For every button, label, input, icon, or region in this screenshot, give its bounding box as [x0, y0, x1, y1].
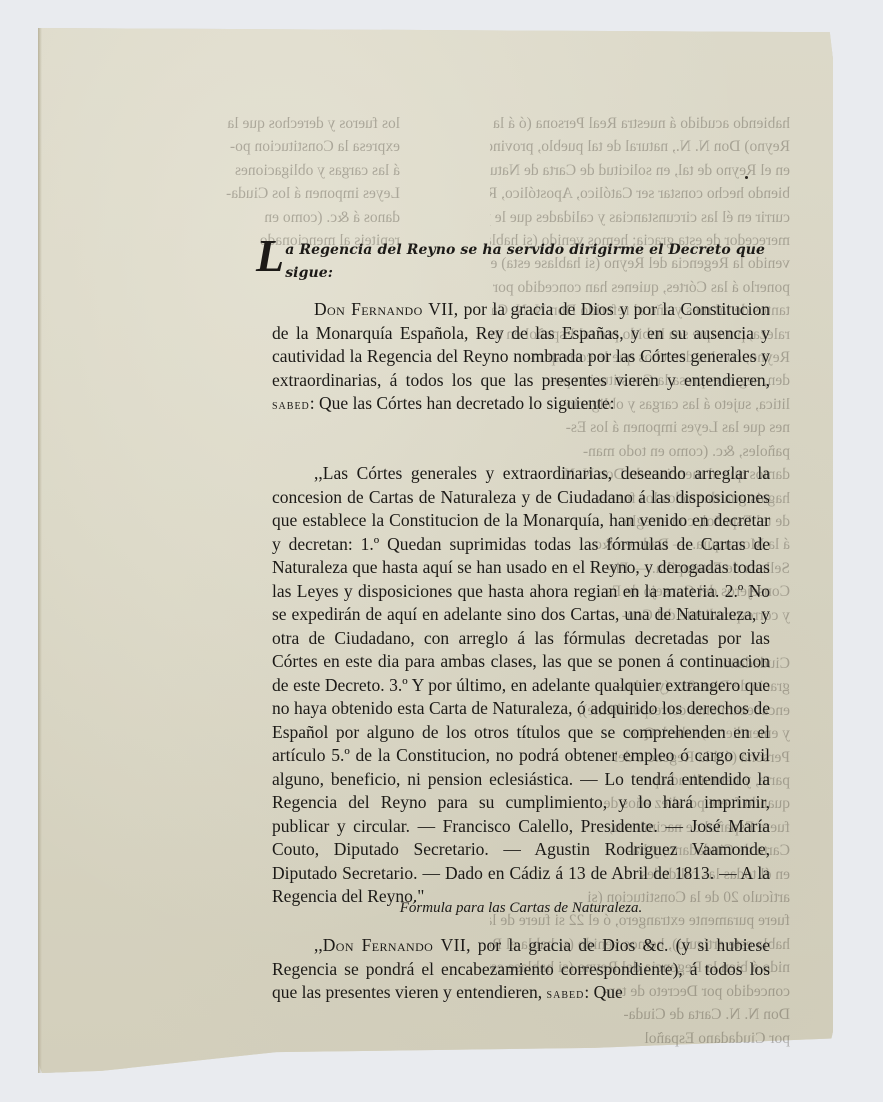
formula-quote: ,,: [314, 935, 323, 955]
sovereign-name: Don Fernando VII: [314, 299, 454, 319]
formula-tail: : Que: [584, 982, 622, 1002]
intro-text: a Regencia del Reyno se ha servido dirig…: [285, 242, 765, 281]
ink-speck: [745, 176, 748, 179]
formula-paragraph: ,,Don Fernando VII, por la gracia de Dio…: [272, 934, 770, 1007]
formula-sovereign-name: Don Fernando VII: [323, 935, 466, 955]
decree-opening: Don Fernando VII, por la gracia de Dios …: [272, 298, 770, 418]
decree-body: ,,Las Córtes generales y extraordinarias…: [272, 462, 770, 909]
drop-cap: L: [256, 238, 284, 268]
sabed-keyword: SABED: [272, 398, 310, 413]
formula-heading: Fórmula para las Cartas de Naturaleza.: [272, 898, 770, 918]
decree-opening-paragraph: Don Fernando VII, por la gracia de Dios …: [272, 298, 770, 418]
formula-block: ,,Don Fernando VII, por la gracia de Dio…: [272, 934, 770, 1007]
printed-content: L a Regencia del Reyno se ha servido dir…: [0, 0, 883, 1102]
intro-paragraph: L a Regencia del Reyno se ha servido dir…: [258, 238, 770, 284]
formula-sabed-keyword: SABED: [547, 987, 585, 1002]
decree-opening-tail: : Que las Córtes han decretado lo siguie…: [310, 393, 615, 413]
decree-body-paragraph: ,,Las Córtes generales y extraordinarias…: [272, 462, 770, 909]
